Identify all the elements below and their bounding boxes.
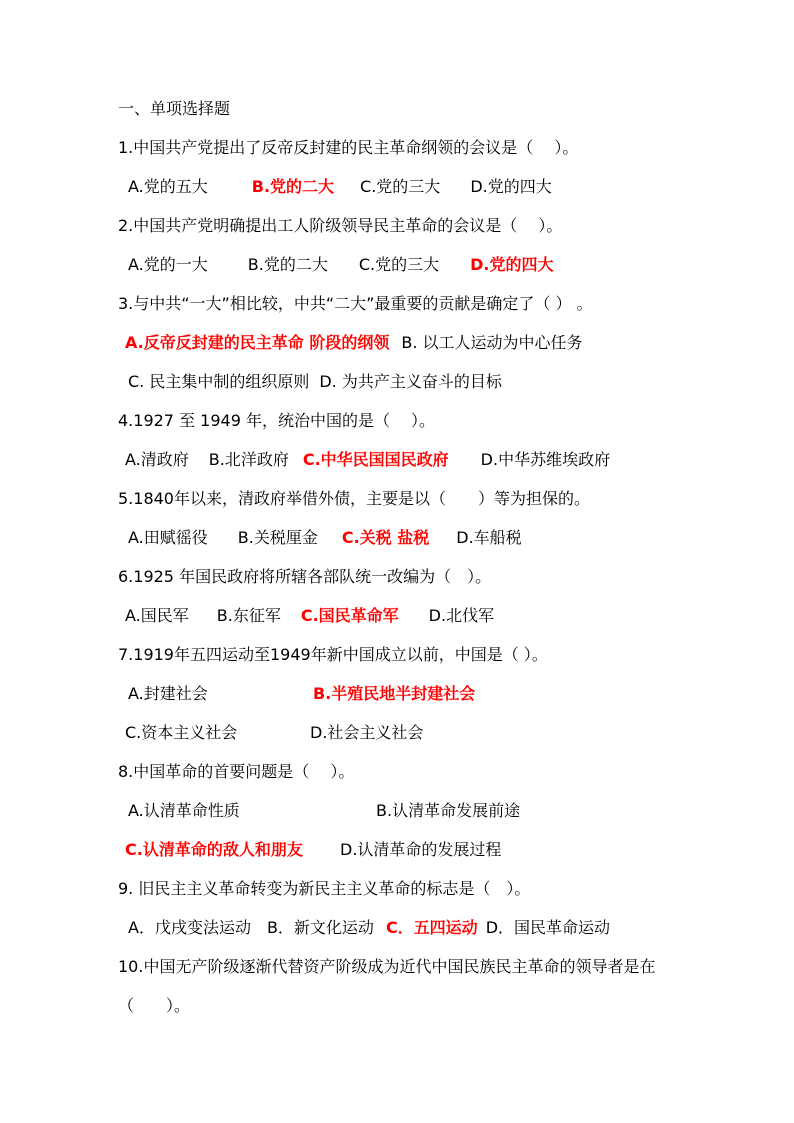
option-b: B.党的二大	[248, 255, 328, 275]
question-8-text: 8.中国革命的首要问题是（ ）。	[118, 762, 724, 782]
option-a-answer: A.反帝反封建的民主革命 阶段的纲领	[125, 333, 389, 353]
option-c-answer: C.关税 盐税	[342, 528, 429, 548]
option-b: B. 以工人运动为中心任务	[401, 333, 582, 353]
option-b: B.关税厘金	[238, 528, 318, 548]
question-10-answer-blank: （ ）。	[118, 996, 724, 1016]
option-c: C.党的三大	[359, 255, 439, 275]
option-d: D. 为共产主义奋斗的目标	[319, 372, 502, 392]
option-b: B.认清革命发展前途	[376, 801, 520, 821]
question-8-options-line-1: A.认清革命性质B.认清革命发展前途	[118, 801, 724, 821]
question-6-text: 6.1925 年国民政府将所辖各部队统一改编为（ ）。	[118, 567, 724, 587]
option-b-answer: B.党的二大	[252, 177, 334, 197]
option-c: C. 民主集中制的组织原则	[128, 372, 309, 392]
option-c: C.党的三大	[360, 177, 440, 197]
question-4-options: A.清政府B.北洋政府C.中华民国国民政府D.中华苏维埃政府	[118, 450, 724, 470]
question-10-text: 10.中国无产阶级逐渐代替资产阶级成为近代中国民族民主革命的领导者是在	[118, 957, 724, 977]
section-title: 一、单项选择题	[118, 99, 724, 119]
option-a: A.封建社会	[128, 684, 313, 704]
option-a: A．戊戌变法运动	[128, 918, 251, 938]
question-3-options-line-2: C. 民主集中制的组织原则D. 为共产主义奋斗的目标	[118, 372, 724, 392]
option-c: C.资本主义社会	[125, 723, 310, 743]
option-d: D.党的四大	[470, 177, 551, 197]
option-c-answer: C.认清革命的敌人和朋友	[125, 840, 340, 860]
question-7-text: 7.1919年五四运动至1949年新中国成立以前，中国是（ ）。	[118, 645, 724, 665]
question-1-options: A.党的五大B.党的二大C.党的三大D.党的四大	[118, 177, 724, 197]
option-d-answer: D.党的四大	[470, 255, 553, 275]
option-c-answer: C．五四运动	[386, 918, 478, 938]
question-2-options: A.党的一大B.党的二大C.党的三大D.党的四大	[118, 255, 724, 275]
option-d: D.认清革命的发展过程	[340, 840, 501, 860]
option-c-answer: C.国民革命军	[301, 606, 399, 626]
question-5-options: A.田赋徭役B.关税厘金C.关税 盐税D.车船税	[118, 528, 724, 548]
option-a: A.清政府	[125, 450, 189, 470]
question-6-options: A.国民军B.东征军C.国民革命军D.北伐军	[118, 606, 724, 626]
option-a: A.党的五大	[128, 177, 208, 197]
option-a: A.田赋徭役	[128, 528, 208, 548]
question-2-text: 2.中国共产党明确提出工人阶级领导民主革命的会议是（ ）。	[118, 216, 724, 236]
option-d: D.车船税	[456, 528, 521, 548]
question-7-options-line-1: A.封建社会B.半殖民地半封建社会	[118, 684, 724, 704]
question-7-options-line-2: C.资本主义社会D.社会主义社会	[118, 723, 724, 743]
option-b-answer: B.半殖民地半封建社会	[313, 684, 475, 704]
option-d: D.中华苏维埃政府	[481, 450, 610, 470]
option-d: D.社会主义社会	[310, 723, 423, 743]
question-3-text: 3.与中共“一大”相比较，中共“二大”最重要的贡献是确定了（ ） 。	[118, 294, 724, 314]
question-9-options: A．戊戌变法运动B．新文化运动C．五四运动D．国民革命运动	[118, 918, 724, 938]
exam-document-page: 一、单项选择题 1.中国共产党提出了反帝反封建的民主革命纲领的会议是（ ）。 A…	[0, 0, 794, 1123]
option-b: B.北洋政府	[209, 450, 289, 470]
option-b: B.东征军	[217, 606, 281, 626]
option-a: A.党的一大	[128, 255, 208, 275]
question-5-text: 5.1840年以来，清政府举借外债，主要是以（ ）等为担保的。	[118, 489, 724, 509]
option-b: B．新文化运动	[267, 918, 374, 938]
option-a: A.认清革命性质	[128, 801, 376, 821]
question-8-options-line-2: C.认清革命的敌人和朋友D.认清革命的发展过程	[118, 840, 724, 860]
question-4-text: 4.1927 至 1949 年，统治中国的是（ ）。	[118, 411, 724, 431]
option-a: A.国民军	[125, 606, 189, 626]
option-c-answer: C.中华民国国民政府	[303, 450, 449, 470]
question-3-options-line-1: A.反帝反封建的民主革命 阶段的纲领B. 以工人运动为中心任务	[118, 333, 724, 353]
option-d: D．国民革命运动	[486, 918, 610, 938]
question-1-text: 1.中国共产党提出了反帝反封建的民主革命纲领的会议是（ ）。	[118, 138, 724, 158]
question-9-text: 9. 旧民主主义革命转变为新民主主义革命的标志是（ ）。	[118, 879, 724, 899]
option-d: D.北伐军	[429, 606, 494, 626]
